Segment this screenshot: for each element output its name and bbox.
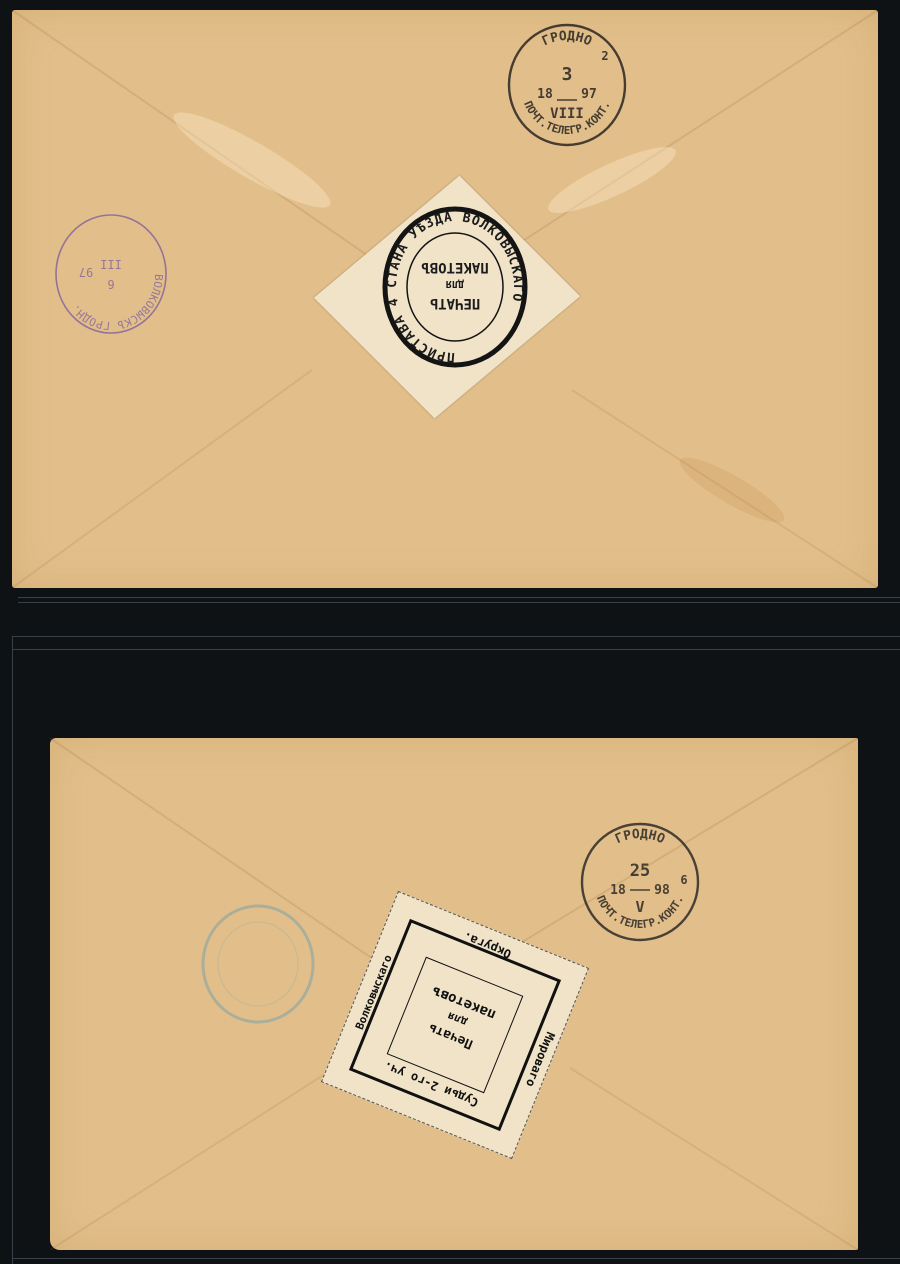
postmark-violet-volkovysk: ВОЛКОВЫСКЪ ГРОДН. 6 III 97 bbox=[52, 212, 170, 340]
grodno-month: VIII bbox=[550, 106, 584, 122]
seal-line-1: ПЕЧАТЬ bbox=[430, 295, 481, 311]
grodno-month: V bbox=[635, 898, 644, 916]
grodno-office-number: 2 bbox=[601, 49, 608, 63]
album-rule bbox=[12, 1258, 900, 1259]
grodno-year-prefix: 18 bbox=[537, 87, 553, 102]
violet-day: 6 bbox=[107, 277, 114, 291]
seal-line-2: ДЛЯ bbox=[446, 278, 464, 289]
seal-line-3: ПАКЕТОВЪ bbox=[421, 259, 489, 275]
grodno-year-suffix: 97 bbox=[581, 87, 597, 102]
violet-month: III bbox=[100, 257, 122, 271]
svg-text:ГРОДНО: ГРОДНО bbox=[540, 29, 594, 50]
violet-ring-text: ВОЛКОВЫСКЪ ГРОДН. bbox=[69, 274, 165, 332]
album-rule bbox=[18, 597, 900, 598]
grodno-top-label: ГРОДНО bbox=[540, 29, 594, 50]
seal-stamp-pristav: ПРИСТАВА 4 СТАНА УѢЗДА ВОЛКОВЫСКАГО ПЕЧА… bbox=[380, 205, 530, 374]
postmark-faint-blue bbox=[198, 902, 318, 1030]
grodno-day: 3 bbox=[562, 64, 573, 85]
grodno-year-prefix: 18 bbox=[610, 883, 626, 898]
postmark-grodno-top: ГРОДНО ПОЧТ.ТЕЛЕГР.КОНТ. 2 3 18 97 VIII bbox=[505, 20, 629, 154]
album-rule bbox=[12, 649, 900, 650]
violet-year: 97 bbox=[79, 265, 93, 279]
postmark-grodno-bottom: ГРОДНО ПОЧТ.ТЕЛЕГР.КОНТ. 6 25 18 98 V bbox=[578, 820, 702, 948]
album-rule bbox=[18, 602, 900, 603]
grodno-day: 25 bbox=[630, 861, 650, 881]
frame-top-text: Округа. bbox=[461, 929, 513, 961]
album-rule bbox=[12, 636, 900, 637]
grodno-year-suffix: 98 bbox=[654, 883, 670, 898]
svg-text:ВОЛКОВЫСКЪ ГРОДН.: ВОЛКОВЫСКЪ ГРОДН. bbox=[69, 274, 165, 332]
svg-text:ГРОДНО: ГРОДНО bbox=[613, 827, 667, 847]
grodno-office-number: 6 bbox=[680, 873, 687, 887]
album-rule bbox=[12, 636, 13, 1264]
grodno-top-label: ГРОДНО bbox=[613, 827, 667, 847]
seal-line-1: Печать bbox=[426, 1020, 475, 1052]
